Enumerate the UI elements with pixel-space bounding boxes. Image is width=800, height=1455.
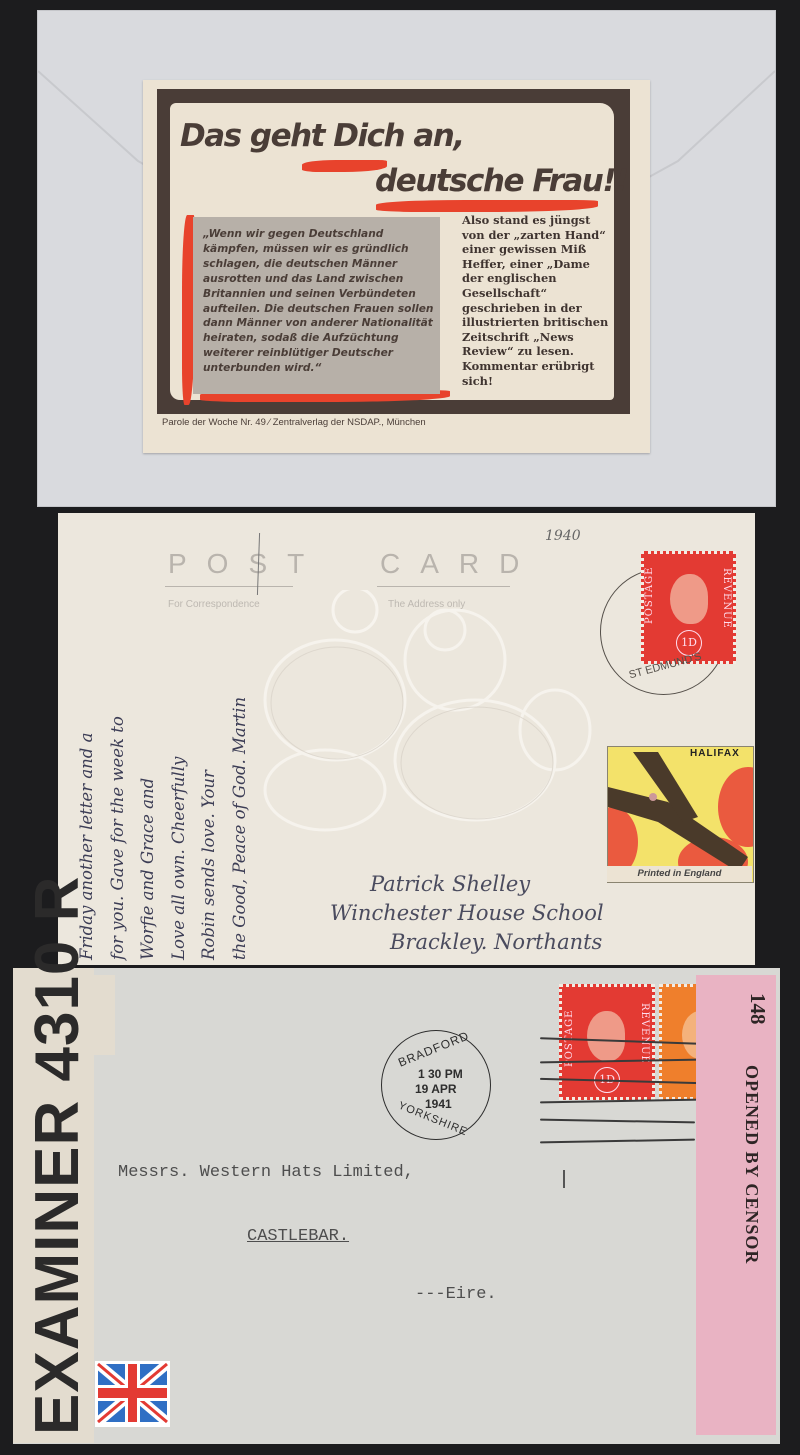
address-line: ---Eire. — [415, 1285, 497, 1304]
embossed-bears-illustration — [245, 590, 605, 840]
recipient-line: Winchester House School — [330, 899, 604, 928]
censor-number: 148 — [745, 993, 770, 1025]
message-line: Worfie and Grace and — [133, 697, 164, 960]
halifax-footer: Printed in England — [607, 866, 752, 882]
label-headline-2: deutsche Frau!! — [375, 163, 628, 199]
censor-tape — [696, 975, 776, 1435]
address-label: The Address only — [388, 599, 465, 610]
message-line: for you. Gave for the week to — [103, 697, 134, 960]
censor-label: OPENED BY CENSOR — [741, 1065, 762, 1264]
handwritten-message: Friday another letter and a for you. Gav… — [72, 697, 255, 960]
examiner-label: EXAMINER 4310 R — [22, 876, 93, 1435]
label-headline: Das geht Dich an, — [180, 118, 464, 154]
message-line: the Good, Peace of God. Martin — [225, 697, 256, 960]
halifax-poster-stamp — [607, 746, 754, 883]
year-note: 1940 — [545, 528, 581, 544]
message-line: Robin sends love. Your — [194, 697, 225, 960]
examiner-tape-flap — [90, 975, 115, 1055]
address-line: Messrs. Western Hats Limited, — [118, 1163, 414, 1182]
recipient-line: Patrick Shelley — [370, 870, 604, 899]
postmark-date: 19 APR — [415, 1082, 457, 1096]
recipient-address: Patrick Shelley Winchester House School … — [370, 870, 604, 957]
stamp-word: REVENUE — [639, 1003, 650, 1064]
recipient-line: Brackley. Northants — [390, 928, 604, 957]
postmark-year: 1941 — [425, 1097, 452, 1111]
king-portrait-icon — [670, 574, 708, 624]
side-commentary: Also stand es jüngst von der „zarten Han… — [462, 213, 610, 388]
red-brush-stroke — [376, 200, 598, 212]
label-footer: Parole der Woche Nr. 49 ⁄ Zentralverlag … — [162, 417, 426, 428]
message-line: Love all own. Cheerfully — [164, 697, 195, 960]
king-portrait-icon — [587, 1011, 625, 1061]
ink-mark — [563, 1170, 565, 1188]
bomber-plane-icon — [608, 747, 753, 882]
address-line: CASTLEBAR. — [247, 1227, 349, 1246]
stamp-word: POSTAGE — [644, 567, 655, 624]
correspondence-label: For Correspondence — [168, 599, 260, 610]
halifax-title: HALIFAX — [690, 748, 740, 759]
divider — [165, 586, 293, 587]
postmark-time: 1 30 PM — [418, 1067, 463, 1081]
postcard-heading-card: CARD — [380, 548, 539, 580]
quote-text: „Wenn wir gegen Deutschland kämpfen, müs… — [203, 227, 438, 376]
divider — [377, 586, 510, 587]
union-jack-flag-icon — [95, 1361, 170, 1427]
postcard-heading-post: POST — [168, 548, 324, 580]
stamp-george-vi-1d: POSTAGE REVENUE 1D — [641, 551, 736, 664]
stamp-word: REVENUE — [721, 568, 732, 629]
